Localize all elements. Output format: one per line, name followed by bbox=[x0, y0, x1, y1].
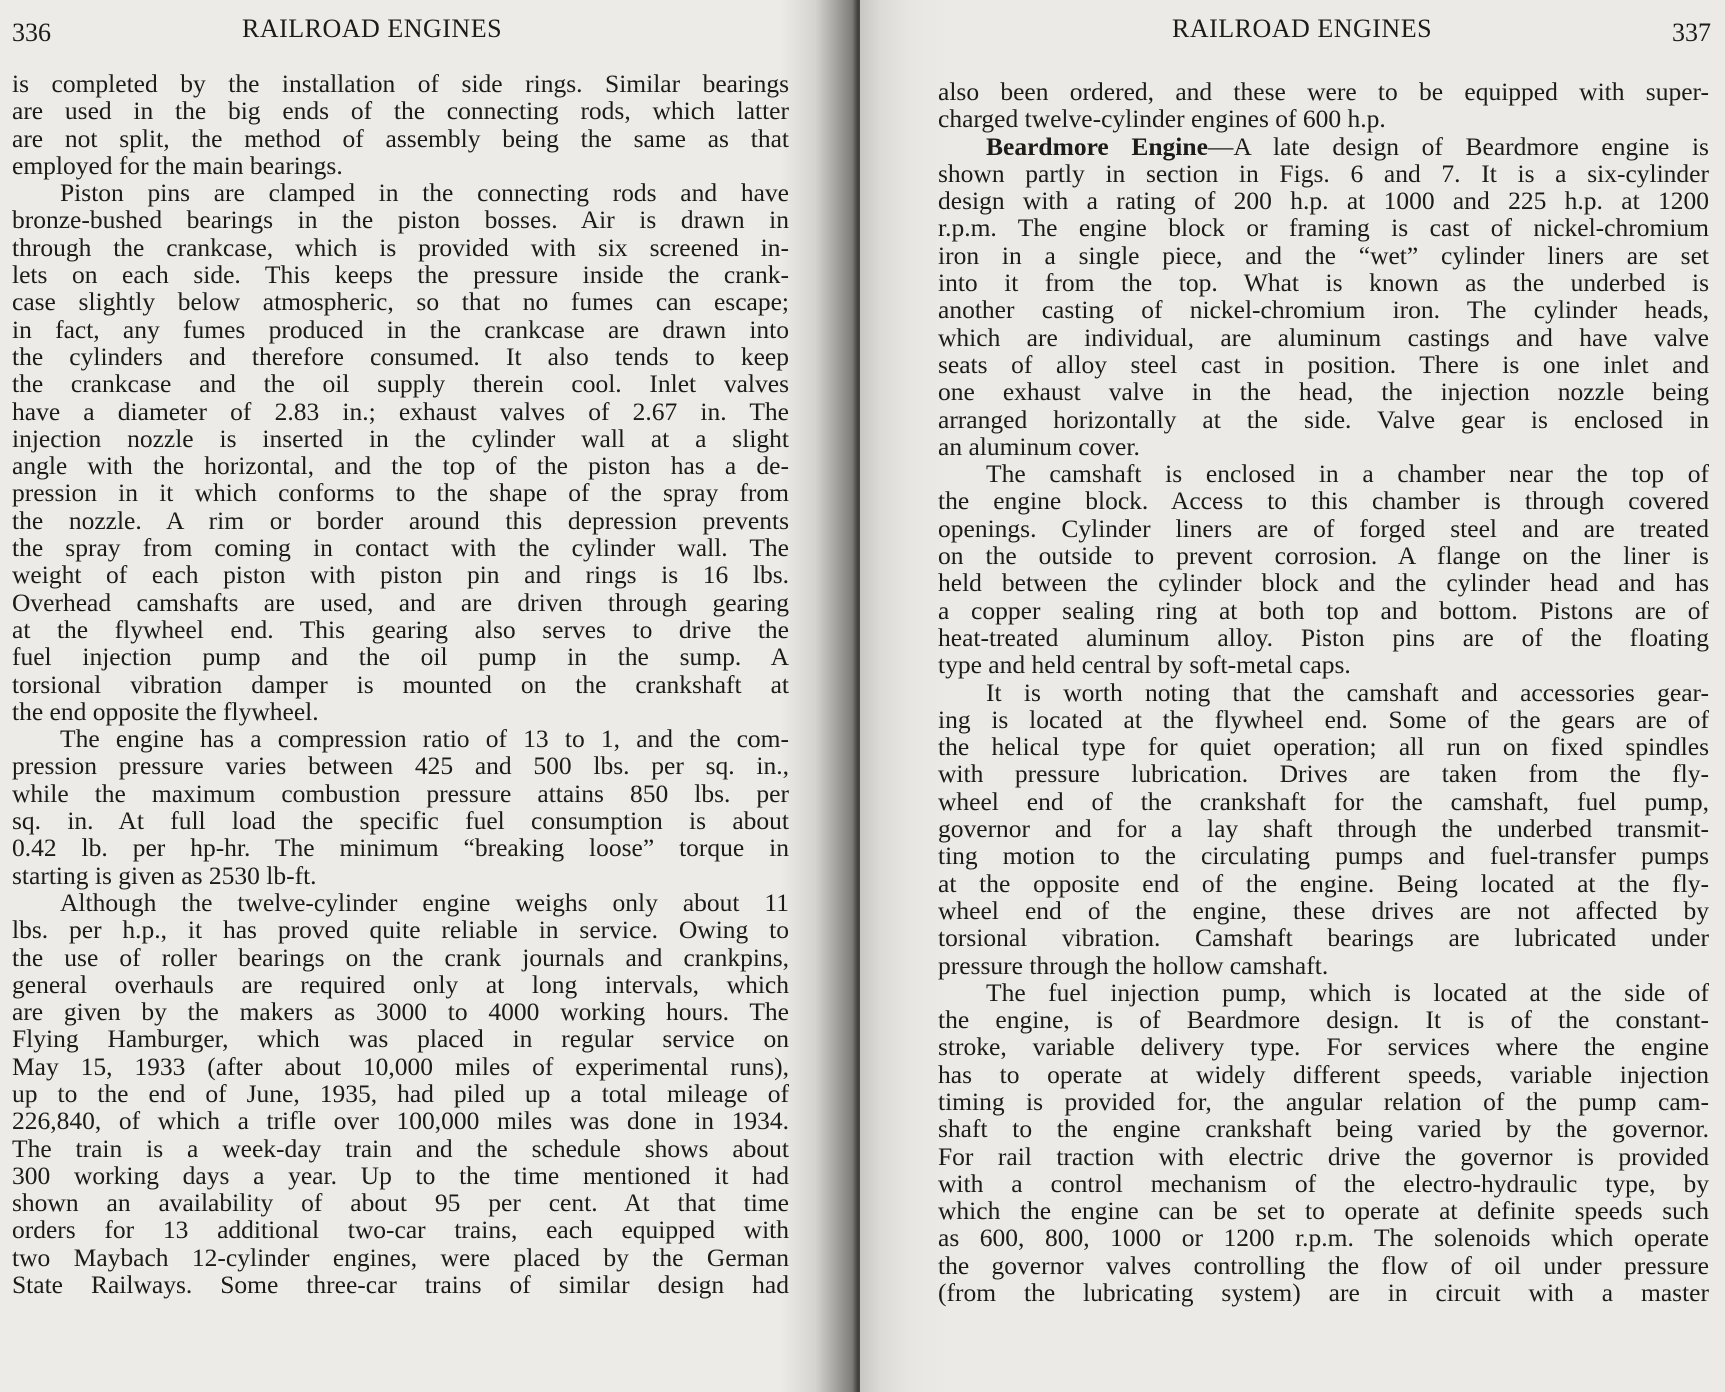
text-line: For rail traction with electric drive th… bbox=[938, 1143, 1709, 1170]
text-line: The train is a week-day train and the sc… bbox=[12, 1135, 789, 1162]
text-line: 0.42 lb. per hp-hr. The minimum “breakin… bbox=[12, 834, 789, 861]
text-line: Flying Hamburger, which was placed in re… bbox=[12, 1025, 789, 1052]
text-line: timing is provided for, the angular rela… bbox=[938, 1088, 1709, 1115]
text-line: into it from the top. What is known as t… bbox=[938, 269, 1709, 296]
text-line: torsional vibration. Camshaft bearings a… bbox=[938, 924, 1709, 951]
text-line: a copper sealing ring at both top and bo… bbox=[938, 597, 1709, 624]
text-line: openings. Cylinder liners are of forged … bbox=[938, 515, 1709, 542]
text-line: at the opposite end of the engine. Being… bbox=[938, 870, 1709, 897]
text-line: iron in a single piece, and the “wet” cy… bbox=[938, 242, 1709, 269]
section-heading: Beardmore Engine bbox=[986, 132, 1208, 161]
text-line: injection nozzle is inserted in the cyli… bbox=[12, 425, 789, 452]
text-line: as 600, 800, 1000 or 1200 r.p.m. The sol… bbox=[938, 1224, 1709, 1251]
text-line: two Maybach 12-cylinder engines, were pl… bbox=[12, 1244, 789, 1271]
text-line: charged twelve-cylinder engines of 600 h… bbox=[938, 105, 1709, 132]
text-line: governor and for a lay shaft through the… bbox=[938, 815, 1709, 842]
text-line: case slightly below atmospheric, so that… bbox=[12, 288, 789, 315]
text-line: is completed by the installation of side… bbox=[12, 70, 789, 97]
text-line: weight of each piston with piston pin an… bbox=[12, 561, 789, 588]
text-line: pression in it which conforms to the sha… bbox=[12, 479, 789, 506]
text-line: (from the lubricating system) are in cir… bbox=[938, 1279, 1709, 1306]
page-number-right: 337 bbox=[1672, 18, 1711, 48]
text-line: lets on each side. This keeps the pressu… bbox=[12, 261, 789, 288]
text-line: Beardmore Engine—A late design of Beardm… bbox=[938, 133, 1709, 160]
text-line: It is worth noting that the camshaft and… bbox=[938, 679, 1709, 706]
text-line: held between the cylinder block and the … bbox=[938, 569, 1709, 596]
text-line: shown partly in section in Figs. 6 and 7… bbox=[938, 160, 1709, 187]
text-line: the helical type for quiet operation; al… bbox=[938, 733, 1709, 760]
text-line: while the maximum combustion pressure at… bbox=[12, 780, 789, 807]
text-line: r.p.m. The engine block or framing is ca… bbox=[938, 214, 1709, 241]
text-line: general overhauls are required only at l… bbox=[12, 971, 789, 998]
text-line: the governor valves controlling the flow… bbox=[938, 1252, 1709, 1279]
text-line: are given by the makers as 3000 to 4000 … bbox=[12, 998, 789, 1025]
text-line: 300 working days a year. Up to the time … bbox=[12, 1162, 789, 1189]
text-line: bronze-bushed bearings in the piston bos… bbox=[12, 206, 789, 233]
running-head-left: RAILROAD ENGINES bbox=[242, 14, 502, 44]
body-text-right: also been ordered, and these were to be … bbox=[938, 78, 1709, 1306]
text-line: the crankcase and the oil supply therein… bbox=[12, 370, 789, 397]
text-line: ting motion to the circulating pumps and… bbox=[938, 842, 1709, 869]
text-line: sq. in. At full load the specific fuel c… bbox=[12, 807, 789, 834]
book-spread: 336 RAILROAD ENGINES is completed by the… bbox=[0, 0, 1725, 1392]
text-line: the engine block. Access to this chamber… bbox=[938, 487, 1709, 514]
text-line: which are individual, are aluminum casti… bbox=[938, 324, 1709, 351]
text-line: type and held central by soft-metal caps… bbox=[938, 651, 1709, 678]
text-line: May 15, 1933 (after about 10,000 miles o… bbox=[12, 1053, 789, 1080]
text-line: at the flywheel end. This gearing also s… bbox=[12, 616, 789, 643]
text-line: arranged horizontally at the side. Valve… bbox=[938, 406, 1709, 433]
text-line: seats of alloy steel cast in position. T… bbox=[938, 351, 1709, 378]
text-line: the nozzle. A rim or border around this … bbox=[12, 507, 789, 534]
text-line: heat-treated aluminum alloy. Piston pins… bbox=[938, 624, 1709, 651]
text-line: has to operate at widely different speed… bbox=[938, 1061, 1709, 1088]
text-line: lbs. per h.p., it has proved quite relia… bbox=[12, 916, 789, 943]
text-line: ing is located at the flywheel end. Some… bbox=[938, 706, 1709, 733]
left-page: 336 RAILROAD ENGINES is completed by the… bbox=[0, 0, 860, 1392]
text-line: the use of roller bearings on the crank … bbox=[12, 944, 789, 971]
text-line: pression pressure varies between 425 and… bbox=[12, 752, 789, 779]
text-line: up to the end of June, 1935, had piled u… bbox=[12, 1080, 789, 1107]
text-line: State Railways. Some three-car trains of… bbox=[12, 1271, 789, 1298]
text-line: in fact, any fumes produced in the crank… bbox=[12, 316, 789, 343]
text-line: design with a rating of 200 h.p. at 1000… bbox=[938, 187, 1709, 214]
text-line: torsional vibration damper is mounted on… bbox=[12, 671, 789, 698]
right-page: RAILROAD ENGINES 337 also been ordered, … bbox=[860, 0, 1725, 1392]
text-line: Although the twelve-cylinder engine weig… bbox=[12, 889, 789, 916]
text-line: are not split, the method of assembly be… bbox=[12, 125, 789, 152]
text-line: orders for 13 additional two-car trains,… bbox=[12, 1216, 789, 1243]
text-line: Piston pins are clamped in the connectin… bbox=[12, 179, 789, 206]
text-line: Overhead camshafts are used, and are dri… bbox=[12, 589, 789, 616]
text-line: are used in the big ends of the connecti… bbox=[12, 97, 789, 124]
text-line: the engine, is of Beardmore design. It i… bbox=[938, 1006, 1709, 1033]
text-line: the cylinders and therefore consumed. It… bbox=[12, 343, 789, 370]
text-line: The fuel injection pump, which is locate… bbox=[938, 979, 1709, 1006]
text-line: another casting of nickel-chromium iron.… bbox=[938, 296, 1709, 323]
text-line: starting is given as 2530 lb-ft. bbox=[12, 862, 789, 889]
body-text-left: is completed by the installation of side… bbox=[12, 70, 789, 1298]
text-line: which the engine can be set to operate a… bbox=[938, 1197, 1709, 1224]
text-line: the spray from coming in contact with th… bbox=[12, 534, 789, 561]
text-line: wheel end of the engine, these drives ar… bbox=[938, 897, 1709, 924]
text-line: pressure through the hollow camshaft. bbox=[938, 952, 1709, 979]
text-line: The camshaft is enclosed in a chamber ne… bbox=[938, 460, 1709, 487]
text-line: 226,840, of which a trifle over 100,000 … bbox=[12, 1107, 789, 1134]
text-line: with a control mechanism of the electro-… bbox=[938, 1170, 1709, 1197]
text-line: an aluminum cover. bbox=[938, 433, 1709, 460]
text-line: employed for the main bearings. bbox=[12, 152, 789, 179]
text-line: angle with the horizontal, and the top o… bbox=[12, 452, 789, 479]
text-line: shown an availability of about 95 per ce… bbox=[12, 1189, 789, 1216]
text-line: one exhaust valve in the head, the injec… bbox=[938, 378, 1709, 405]
text-line: through the crankcase, which is provided… bbox=[12, 234, 789, 261]
text-line: have a diameter of 2.83 in.; exhaust val… bbox=[12, 398, 789, 425]
text-line: The engine has a compression ratio of 13… bbox=[12, 725, 789, 752]
text-line: wheel end of the crankshaft for the cams… bbox=[938, 788, 1709, 815]
text-line: shaft to the engine crankshaft being var… bbox=[938, 1115, 1709, 1142]
text-line: the end opposite the flywheel. bbox=[12, 698, 789, 725]
text-line: on the outside to prevent corrosion. A f… bbox=[938, 542, 1709, 569]
page-number-left: 336 bbox=[12, 18, 51, 48]
text-line: stroke, variable delivery type. For serv… bbox=[938, 1033, 1709, 1060]
text-line: with pressure lubrication. Drives are ta… bbox=[938, 760, 1709, 787]
text-line: fuel injection pump and the oil pump in … bbox=[12, 643, 789, 670]
text-line: also been ordered, and these were to be … bbox=[938, 78, 1709, 105]
running-head-right: RAILROAD ENGINES bbox=[1172, 14, 1432, 44]
